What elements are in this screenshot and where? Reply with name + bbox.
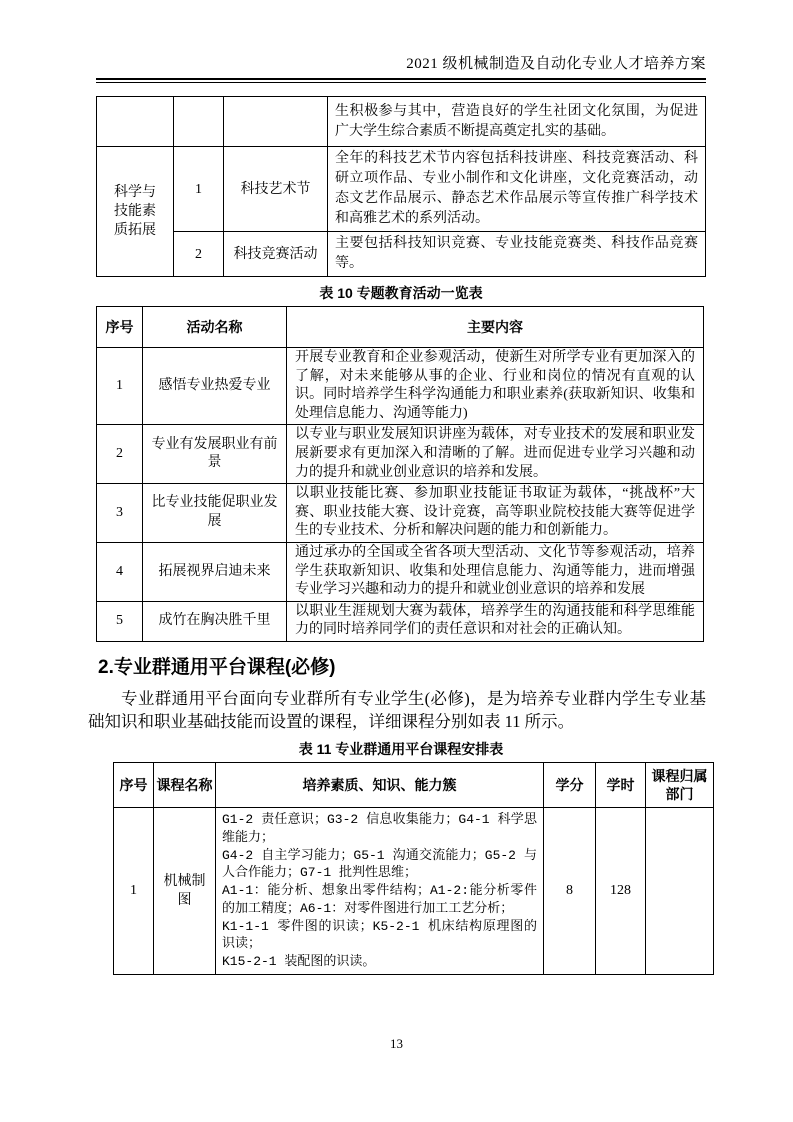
activity-name-cell-empty [224,97,328,147]
activity-name-cell: 科技艺术节 [224,147,328,232]
special-education-activities-table: 序号 活动名称 主要内容 1 感悟专业热爱专业 开展专业教育和企业参观活动，使新… [96,306,704,642]
th-hours: 学时 [596,762,646,807]
activity-desc-cell: 以专业与职业发展知识讲座为载体，对专业技术的发展和职业发展新要求有更加深入和清晰… [287,425,704,484]
table10-caption: 表 10 专题教育活动一览表 [96,284,706,302]
table-header-row: 序号 课程名称 培养素质、知识、能力簇 学分 学时 课程归属部门 [114,762,714,807]
activity-name-cell: 感悟专业热爱专业 [143,348,287,425]
ability-line: G1-2 责任意识；G3-2 信息收集能力；G4-1 科学思维能力； [222,811,537,847]
th-department: 课程归属部门 [646,762,714,807]
table11-caption: 表 11 专业群通用平台课程安排表 [96,740,706,758]
activity-name-cell: 科技竞赛活动 [224,232,328,277]
ability-line: A1-1：能分析、想象出零件结构；A1-2:能分析零件的加工精度；A6-1：对零… [222,882,537,918]
th-abilities: 培养素质、知识、能力簇 [216,762,544,807]
table-row: 5 成竹在胸决胜千里 以职业生涯规划大赛为载体，培养学生的沟通技能和科学思维能力… [97,601,704,641]
ability-line: K15-2-1 装配图的识读。 [222,953,537,971]
table-row: 科学与技能素质拓展 1 科技艺术节 全年的科技艺术节内容包括科技讲座、科技竞赛活… [97,147,706,232]
header-double-rule [96,78,706,83]
course-name-cell: 机械制图 [154,807,216,974]
seq-cell: 1 [174,147,224,232]
table-row: 生积极参与其中，营造良好的学生社团文化氛围，为促进广大学生综合素质不断提高奠定扎… [97,97,706,147]
activity-name-cell: 专业有发展职业有前景 [143,425,287,484]
activity-desc-cell: 主要包括科技知识竞赛、专业技能竞赛类、科技作品竞赛等。 [328,232,706,277]
table-row: 2 科技竞赛活动 主要包括科技知识竞赛、专业技能竞赛类、科技作品竞赛等。 [97,232,706,277]
table-row: 4 拓展视界启迪未来 通过承办的全国或全省各项大型活动、文化节等参观活动，培养学… [97,542,704,601]
activity-desc-cell: 通过承办的全国或全省各项大型活动、文化节等参观活动，培养学生获取新知识、收集和处… [287,542,704,601]
ability-line: K1-1-1 零件图的识读；K5-2-1 机床结构原理图的识读； [222,918,537,954]
table-row: 1 感悟专业热爱专业 开展专业教育和企业参观活动，使新生对所学专业有更加深入的了… [97,348,704,425]
activity-desc-cell: 以职业技能比赛、参加职业技能证书取证为载体，“挑战杯”大赛、职业技能大赛、设计竞… [287,484,704,543]
activity-name-cell: 比专业技能促职业发展 [143,484,287,543]
activity-desc-cell: 全年的科技艺术节内容包括科技讲座、科技竞赛活动、科研立项作品、专业小制作和文化讲… [328,147,706,232]
abilities-cell: G1-2 责任意识；G3-2 信息收集能力；G4-1 科学思维能力； G4-2 … [216,807,544,974]
table-row: 1 机械制图 G1-2 责任意识；G3-2 信息收集能力；G4-1 科学思维能力… [114,807,714,974]
category-cell-empty [97,97,174,147]
th-main-content: 主要内容 [287,307,704,348]
seq-cell: 1 [114,807,154,974]
seq-cell-empty [174,97,224,147]
seq-cell: 3 [97,484,143,543]
page-header: 2021 级机械制造及自动化专业人才培养方案 [96,54,706,83]
th-course-name: 课程名称 [154,762,216,807]
activity-name-cell: 拓展视界启迪未来 [143,542,287,601]
header-title: 2021 级机械制造及自动化专业人才培养方案 [96,54,706,74]
ability-line: G4-2 自主学习能力；G5-1 沟通交流能力；G5-2 与人合作能力；G7-1… [222,847,537,883]
page-content: 2021 级机械制造及自动化专业人才培养方案 生积极参与其中，营造良好的学生社团… [96,54,706,975]
th-credits: 学分 [544,762,596,807]
th-seq: 序号 [97,307,143,348]
activity-desc-cell: 以职业生涯规划大赛为载体，培养学生的沟通技能和科学思维能力的同时培养同学们的责任… [287,601,704,641]
page-number: 13 [0,1036,793,1052]
department-cell [646,807,714,974]
seq-cell: 5 [97,601,143,641]
section-heading: 2.专业群通用平台课程(必修) [98,655,706,680]
hours-cell: 128 [596,807,646,974]
table-row: 2 专业有发展职业有前景 以专业与职业发展知识讲座为载体，对专业技术的发展和职业… [97,425,704,484]
platform-course-table: 序号 课程名称 培养素质、知识、能力簇 学分 学时 课程归属部门 1 机械制图 … [113,762,714,975]
category-cell: 科学与技能素质拓展 [97,147,174,277]
seq-cell: 2 [97,425,143,484]
document-page: 2021 级机械制造及自动化专业人才培养方案 生积极参与其中，营造良好的学生社团… [0,0,793,1122]
seq-cell: 4 [97,542,143,601]
seq-cell: 1 [97,348,143,425]
table-header-row: 序号 活动名称 主要内容 [97,307,704,348]
seq-cell: 2 [174,232,224,277]
th-activity-name: 活动名称 [143,307,287,348]
table-row: 3 比专业技能促职业发展 以职业技能比赛、参加职业技能证书取证为载体，“挑战杯”… [97,484,704,543]
activity-name-cell: 成竹在胸决胜千里 [143,601,287,641]
activity-desc-cell: 开展专业教育和企业参观活动，使新生对所学专业有更加深入的了解，对未来能够从事的企… [287,348,704,425]
activity-desc-cell: 生积极参与其中，营造良好的学生社团文化氛围，为促进广大学生综合素质不断提高奠定扎… [328,97,706,147]
quality-expansion-table: 生积极参与其中，营造良好的学生社团文化氛围，为促进广大学生综合素质不断提高奠定扎… [96,96,706,277]
intro-paragraph: 专业群通用平台面向专业群所有专业学生(必修)，是为培养专业群内学生专业基础知识和… [88,687,706,733]
th-seq: 序号 [114,762,154,807]
credits-cell: 8 [544,807,596,974]
